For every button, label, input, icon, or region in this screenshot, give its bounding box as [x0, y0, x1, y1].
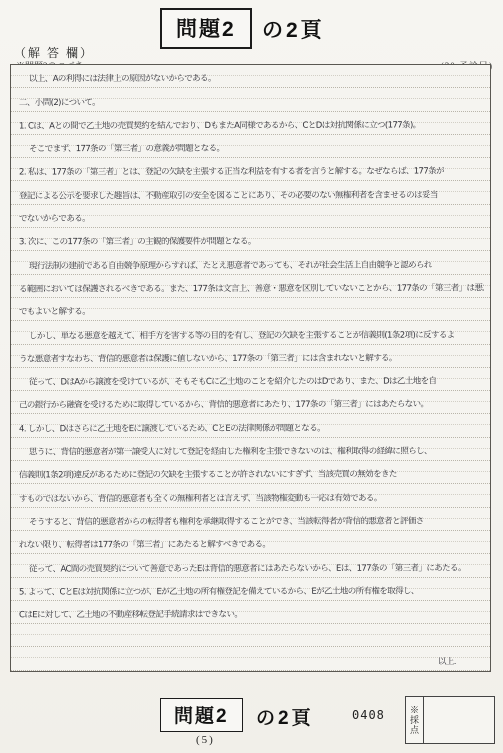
handwritten-text: 信義則(1条2項)違反があるために登記の欠缺を主張することが許されないにすぎず、…: [19, 468, 397, 481]
footer-question-number-box: 問題2: [160, 698, 243, 732]
answer-line: 以上、Aの利得には法律上の原因がないからである。: [11, 65, 490, 88]
answer-line: そうすると、背信的悪意者からの転得者も権利を承継取得することができ、当該転得者が…: [11, 508, 490, 531]
footer-question-number-label: 問題2: [174, 706, 229, 727]
handwritten-text: 現行法制の建前である自由競争原理からすれば、たとえ悪意者であっても、それが社会生…: [19, 258, 432, 271]
handwritten-text: 従って、DはAから譲渡を受けているが、そもそもCに乙土地のことを紹介したのはDで…: [19, 375, 436, 388]
answer-line: 信義則(1条2項)違反があるために登記の欠缺を主張することが許されないにすぎず、…: [11, 461, 490, 484]
serial-number: 0408: [352, 708, 385, 722]
handwritten-text: CはEに対して、乙土地の不動産移転登記手続請求はできない。: [19, 608, 242, 621]
handwritten-text: 二、小問(2)について。: [19, 95, 100, 107]
page-footer: 問題2 の2頁 0408 ※採点 (5): [0, 694, 503, 753]
scanned-answer-sheet: 問題2 の2頁 （解 答 欄） ※問題2のつづき (30.予論民) 以上、Aの利…: [0, 0, 503, 753]
grading-score-space: [424, 697, 494, 743]
handwritten-text: 2. 私は、177条の「第三者」とは、登記の欠缺を主張する正当な利益を有する者を…: [19, 165, 444, 178]
handwritten-text: すものではないから、背信的悪意者も全くの無権利者とは言えず、当該物権変動も一応は…: [19, 491, 382, 504]
handwritten-text: うな悪意者すなわち、背信的悪意者は保護に値しないから、177条の「第三者」には含…: [19, 351, 397, 364]
answer-line: [11, 624, 490, 647]
answer-line: る範囲においては保護されるべきである。また、177条は文言上、善意・悪意を区別し…: [11, 275, 490, 298]
answer-line: 従って、DはAから譲渡を受けているが、そもそもCに乙土地のことを紹介したのはDで…: [11, 368, 490, 391]
answer-line: うな悪意者すなわち、背信的悪意者は保護に値しないから、177条の「第三者」には含…: [11, 345, 490, 368]
answer-lines: 以上、Aの利得には法律上の原因がないからである。二、小問(2)について。1. C…: [11, 65, 490, 671]
answer-line: 以上.: [11, 647, 490, 670]
question-number-box: 問題2: [160, 8, 252, 49]
answer-line: 5. よって、CとEは対抗関係に立つが、Eが乙土地の所有権登記を備えているから、…: [11, 578, 490, 601]
handwritten-text: でないからである。: [19, 212, 90, 224]
handwritten-text: 3. 次に、この177条の「第三者」の主観的保護要件が問題となる。: [19, 235, 256, 248]
answer-line: 1. Cは、Aとの間で乙土地の売買契約を結んでおり、DもまたA同様であるから、C…: [11, 112, 490, 135]
answer-line: 従って、AC間の売買契約について善意であったEは背信的悪意者にはあたらないから、…: [11, 554, 490, 577]
handwritten-text: 己の銀行から融資を受けるために取得しているから、背信的悪意者にあたり、177条の…: [19, 398, 428, 411]
handwritten-text: 以上.: [438, 655, 456, 667]
handwritten-text: 以上、Aの利得には法律上の原因がないからである。: [19, 72, 216, 85]
footer-page-suffix-label: の2頁: [256, 703, 314, 730]
question-number-label: 問題2: [176, 18, 236, 41]
handwritten-text: しかし、単なる悪意を越えて、相手方を害する等の目的を有し、登記の欠缺を主張するこ…: [19, 328, 455, 341]
handwritten-text: る範囲においては保護されるべきである。また、177条は文言上、善意・悪意を区別し…: [19, 281, 484, 294]
handwritten-text: そうすると、背信的悪意者からの転得者も権利を承継取得することができ、当該転得者が…: [19, 514, 424, 527]
page-suffix-label: の2頁: [262, 14, 325, 44]
answer-line: でもよいと解する。: [11, 298, 490, 321]
page-number: (5): [196, 734, 215, 746]
answer-line: れない限り、転得者は177条の「第三者」にあたると解すべきである。: [11, 531, 490, 554]
answer-line: そこでまず、177条の「第三者」の意義が問題となる。: [11, 135, 490, 158]
handwritten-text: 思うに、背信的悪意者が第一譲受人に対して登記を経由した権利を主張できないのは、権…: [19, 445, 432, 458]
grading-label: ※採点: [406, 697, 424, 743]
handwritten-text: れない限り、転得者は177条の「第三者」にあたると解すべきである。: [19, 538, 270, 551]
handwritten-text: 従って、AC間の売買契約について善意であったEは背信的悪意者にはあたらないから、…: [19, 561, 466, 574]
answer-line: でないからである。: [11, 205, 490, 228]
answer-line: すものではないから、背信的悪意者も全くの無権利者とは言えず、当該物権変動も一応は…: [11, 484, 490, 507]
handwritten-text: 4. しかし、Dはさらに乙土地をEに譲渡しているため、CとEの法律関係が問題とな…: [19, 421, 325, 434]
answer-line: 二、小問(2)について。: [11, 88, 490, 111]
handwritten-text: 登記による公示を要求した趣旨は、不動産取引の安全を図ることにあり、その必要のない…: [19, 188, 438, 201]
handwritten-text: 5. よって、CとEは対抗関係に立つが、Eが乙土地の所有権登記を備えているから、…: [19, 584, 419, 597]
grading-box: ※採点: [405, 696, 495, 744]
answer-line: 思うに、背信的悪意者が第一譲受人に対して登記を経由した権利を主張できないのは、権…: [11, 438, 490, 461]
answer-line: 2. 私は、177条の「第三者」とは、登記の欠缺を主張する正当な利益を有する者を…: [11, 158, 490, 181]
handwritten-text: でもよいと解する。: [19, 305, 90, 317]
answer-line: 現行法制の建前である自由競争原理からすれば、たとえ悪意者であっても、それが社会生…: [11, 251, 490, 274]
answer-line: 3. 次に、この177条の「第三者」の主観的保護要件が問題となる。: [11, 228, 490, 251]
page-header: 問題2 の2頁 （解 答 欄） ※問題2のつづき (30.予論民): [0, 8, 503, 48]
answer-line: 己の銀行から融資を受けるために取得しているから、背信的悪意者にあたり、177条の…: [11, 391, 490, 414]
answer-line: 4. しかし、Dはさらに乙土地をEに譲渡しているため、CとEの法律関係が問題とな…: [11, 414, 490, 437]
answer-line: 登記による公示を要求した趣旨は、不動産取引の安全を図ることにあり、その必要のない…: [11, 181, 490, 204]
answer-box: 以上、Aの利得には法律上の原因がないからである。二、小問(2)について。1. C…: [10, 64, 491, 672]
answer-line: CはEに対して、乙土地の不動産移転登記手続請求はできない。: [11, 601, 490, 624]
handwritten-text: そこでまず、177条の「第三者」の意義が問題となる。: [19, 142, 224, 155]
answer-line: しかし、単なる悪意を越えて、相手方を害する等の目的を有し、登記の欠缺を主張するこ…: [11, 321, 490, 344]
handwritten-text: 1. Cは、Aとの間で乙土地の売買契約を結んでおり、DもまたA同様であるから、C…: [19, 118, 421, 131]
